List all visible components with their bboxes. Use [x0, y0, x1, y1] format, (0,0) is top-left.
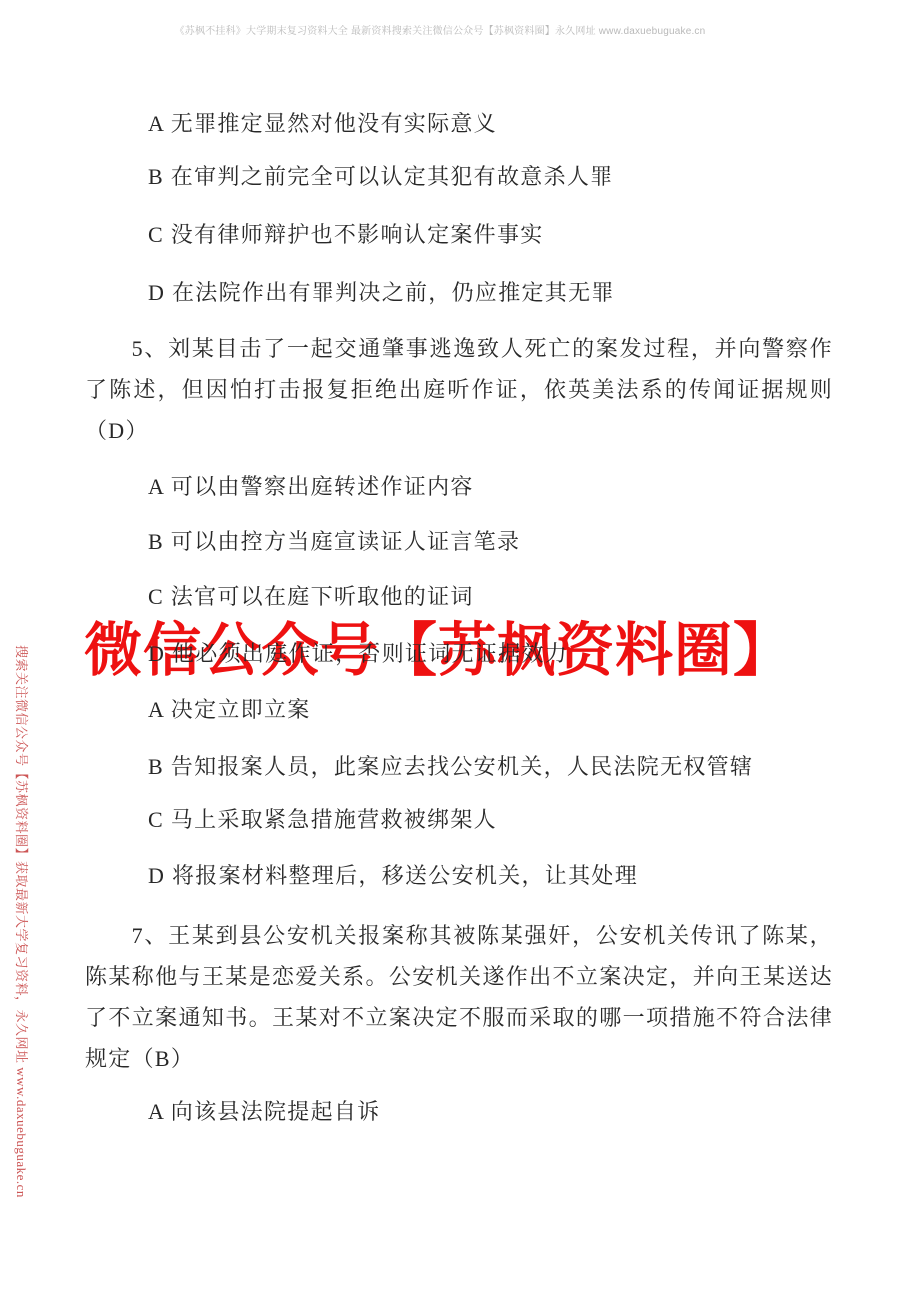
- option-d-q6: D 将报案材料整理后，移送公安机关，让其处理: [148, 855, 878, 896]
- option-d-q4: D 在法院作出有罪判决之前，仍应推定其无罪: [148, 272, 878, 313]
- option-c-q6: C 马上采取紧急措施营救被绑架人: [148, 799, 878, 840]
- option-b-q4: B 在审判之前完全可以认定其犯有故意杀人罪: [148, 156, 878, 197]
- option-b-q5: B 可以由控方当庭宣读证人证言笔录: [148, 521, 878, 562]
- option-d-q5: D 他必须出庭作证，否则证词无证据效力: [148, 633, 878, 674]
- option-a-q7: A 向该县法院提起自诉: [148, 1091, 878, 1132]
- document-page: 《苏枫不挂科》大学期末复习资料大全 最新资料搜索关注微信公众号【苏枫资料圈】永久…: [0, 0, 918, 1298]
- option-a-q5: A 可以由警察出庭转述作证内容: [148, 466, 878, 507]
- option-b-q6: B 告知报案人员，此案应去找公安机关，人民法院无权管辖: [148, 746, 878, 787]
- option-a-q4: A 无罪推定显然对他没有实际意义: [148, 103, 878, 144]
- option-c-q5: C 法官可以在庭下听取他的证词: [148, 576, 878, 617]
- document-body: A 无罪推定显然对他没有实际意义 B 在审判之前完全可以认定其犯有故意杀人罪 C…: [0, 0, 918, 1298]
- option-c-q4: C 没有律师辩护也不影响认定案件事实: [148, 214, 878, 255]
- question-7-stem: 7、王某到县公安机关报案称其被陈某强奸，公安机关传讯了陈某，陈某称他与王某是恋爱…: [85, 915, 833, 1079]
- option-a-q6: A 决定立即立案: [148, 689, 878, 730]
- question-5-stem: 5、刘某目击了一起交通肇事逃逸致人死亡的案发过程，并向警察作了陈述，但因怕打击报…: [85, 328, 833, 451]
